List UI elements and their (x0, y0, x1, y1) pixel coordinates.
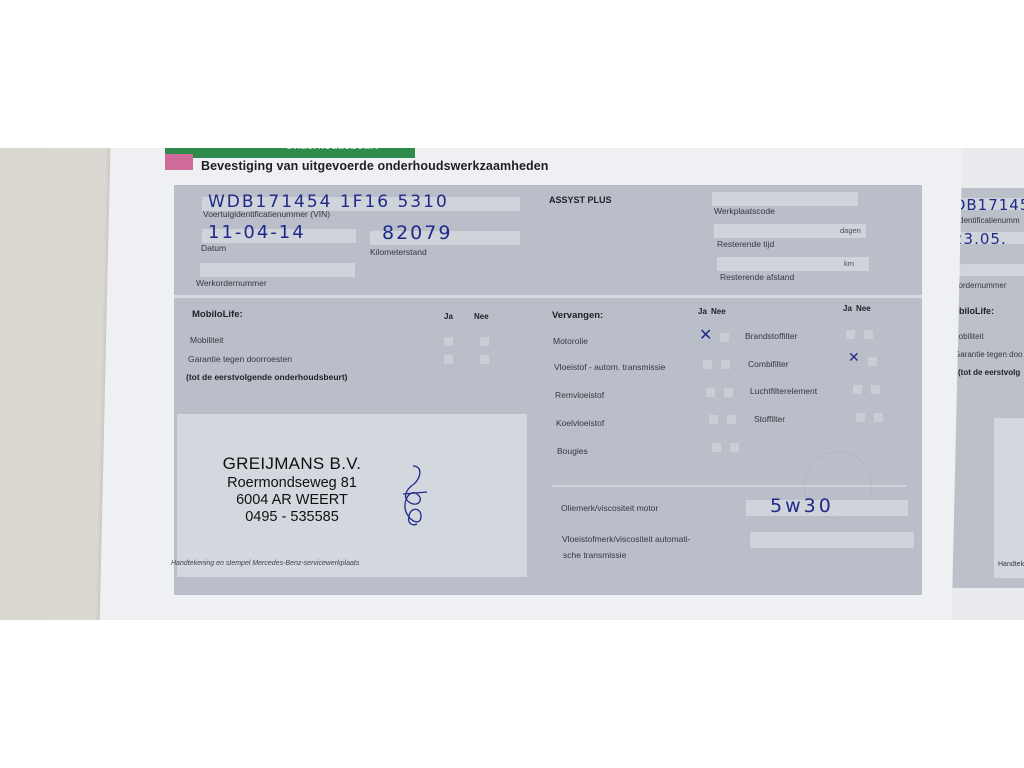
mobiliteit-yes-checkbox[interactable] (444, 337, 453, 346)
replaced-item-label: Koelvloeistof (556, 418, 604, 428)
next-caption: Handtek (998, 561, 1024, 568)
date-value: 11-04-14 (208, 222, 306, 243)
remaining-distance-label: Resterende afstand (720, 272, 794, 282)
transmissie-yes-checkbox[interactable] (703, 360, 712, 369)
replaced-item-label: Luchtfilterelement (750, 386, 817, 396)
maintenance-form: WDB171454 1F16 5310 Voertuigidentificati… (174, 185, 922, 595)
replaced-item-label: Vloeistof - autom. transmissie (554, 362, 665, 372)
combifilter-no-checkbox[interactable] (868, 357, 877, 366)
pink-marker (165, 154, 193, 170)
mobilolife-note: (tot de eerstvolgende onderhoudsbeurt) (186, 372, 348, 382)
replaced-col-yes: Ja (698, 307, 707, 316)
green-tab: Onderhoudsbeurt (165, 148, 415, 158)
mobilolife-item-label: Garantie tegen doorroesten (188, 354, 292, 364)
mobilolife-col-no: Nee (474, 312, 489, 321)
workshop-code-label: Werkplaatscode (714, 206, 775, 216)
section-divider (174, 295, 922, 298)
brandstoffilter-no-checkbox[interactable] (864, 330, 873, 339)
oil-transmission-label-1: Vloeistofmerk/viscositeit automati- (562, 534, 691, 544)
remaining-time-label: Resterende tijd (717, 239, 774, 249)
luchtfilter-yes-checkbox[interactable] (853, 385, 862, 394)
motorolie-check-mark: ✕ (699, 327, 712, 343)
next-item-garantie: Garantie tegen doo (954, 350, 1023, 359)
stamp-caption: Handtekening en stempel Mercedes-Benz-se… (171, 560, 359, 567)
workshop-code-field[interactable] (712, 192, 858, 206)
mileage-value: 82079 (382, 222, 452, 244)
garantie-yes-checkbox[interactable] (444, 355, 453, 364)
replaced-item-label: Brandstoffilter (745, 331, 797, 341)
assyst-plus-label: ASSYST PLUS (549, 195, 612, 205)
brandstoffilter-yes-checkbox[interactable] (846, 330, 855, 339)
oil-motor-label: Oliemerk/viscositeit motor (561, 503, 658, 513)
koelvloeistof-yes-checkbox[interactable] (709, 415, 718, 424)
replaced-right-col-yes: Ja (843, 304, 852, 313)
stamp-city: 6004 AR WEERT (207, 492, 377, 508)
oil-motor-value: 5w30 (770, 495, 834, 517)
signature-icon (399, 464, 429, 528)
workorder-field[interactable] (200, 263, 355, 277)
luchtfilter-no-checkbox[interactable] (871, 385, 880, 394)
stamp-phone: 0495 - 535585 (207, 509, 377, 525)
document-title: Bevestiging van uitgevoerde onderhoudswe… (201, 159, 549, 173)
date-label: Datum (201, 243, 226, 253)
remvloeistof-yes-checkbox[interactable] (706, 388, 715, 397)
remaining-time-unit: dagen (840, 226, 861, 235)
photo-scene: WDB17145 Voertuigidentificatienumm 23.05… (0, 148, 1024, 620)
replaced-item-label: Combifilter (748, 359, 789, 369)
stoffilter-no-checkbox[interactable] (874, 413, 883, 422)
garantie-no-checkbox[interactable] (480, 355, 489, 364)
mobilolife-col-yes: Ja (444, 312, 453, 321)
next-note: (tot de eerstvolg (958, 368, 1020, 377)
tab-label: Onderhoudsbeurt (285, 148, 378, 152)
remaining-distance-unit: km (844, 259, 854, 268)
mobiliteit-no-checkbox[interactable] (480, 337, 489, 346)
workorder-label: Werkordernummer (196, 278, 267, 288)
stoffilter-yes-checkbox[interactable] (856, 413, 865, 422)
vehicle-section: WDB171454 1F16 5310 Voertuigidentificati… (174, 185, 922, 295)
mobilolife-item-label: Mobiliteit (190, 335, 224, 345)
stamp-street: Roermondseweg 81 (207, 475, 377, 491)
remvloeistof-no-checkbox[interactable] (724, 388, 733, 397)
replaced-item-label: Stoffilter (754, 414, 785, 424)
replaced-item-label: Remvloeistof (555, 390, 604, 400)
combifilter-check-mark: ✕ (848, 351, 860, 365)
replaced-item-label: Bougies (557, 446, 588, 456)
oil-section-divider (552, 485, 906, 487)
transmissie-no-checkbox[interactable] (721, 360, 730, 369)
next-stamp-box (994, 418, 1024, 578)
next-date-value: 23.05. (953, 230, 1007, 248)
motorolie-no-checkbox[interactable] (720, 333, 729, 342)
mileage-label: Kilometerstand (370, 247, 427, 257)
oil-transmission-label-2: sche transmissie (563, 550, 626, 560)
replaced-right-col-no: Nee (856, 304, 871, 313)
stamp-company: GREIJMANS B.V. (207, 454, 377, 474)
replaced-item-label: Motorolie (553, 336, 588, 346)
stamp-area: GREIJMANS B.V. Roermondseweg 81 6004 AR … (177, 414, 527, 577)
mobilolife-heading: MobiloLife: (192, 309, 243, 320)
oil-transmission-field[interactable] (750, 532, 914, 548)
bougies-yes-checkbox[interactable] (712, 443, 721, 452)
bougies-no-checkbox[interactable] (730, 443, 739, 452)
vin-label: Voertuigidentificatienummer (VIN) (203, 209, 330, 219)
replaced-heading: Vervangen: (552, 310, 603, 321)
workshop-stamp: GREIJMANS B.V. Roermondseweg 81 6004 AR … (207, 454, 377, 525)
koelvloeistof-no-checkbox[interactable] (727, 415, 736, 424)
replaced-col-no: Nee (711, 307, 726, 316)
